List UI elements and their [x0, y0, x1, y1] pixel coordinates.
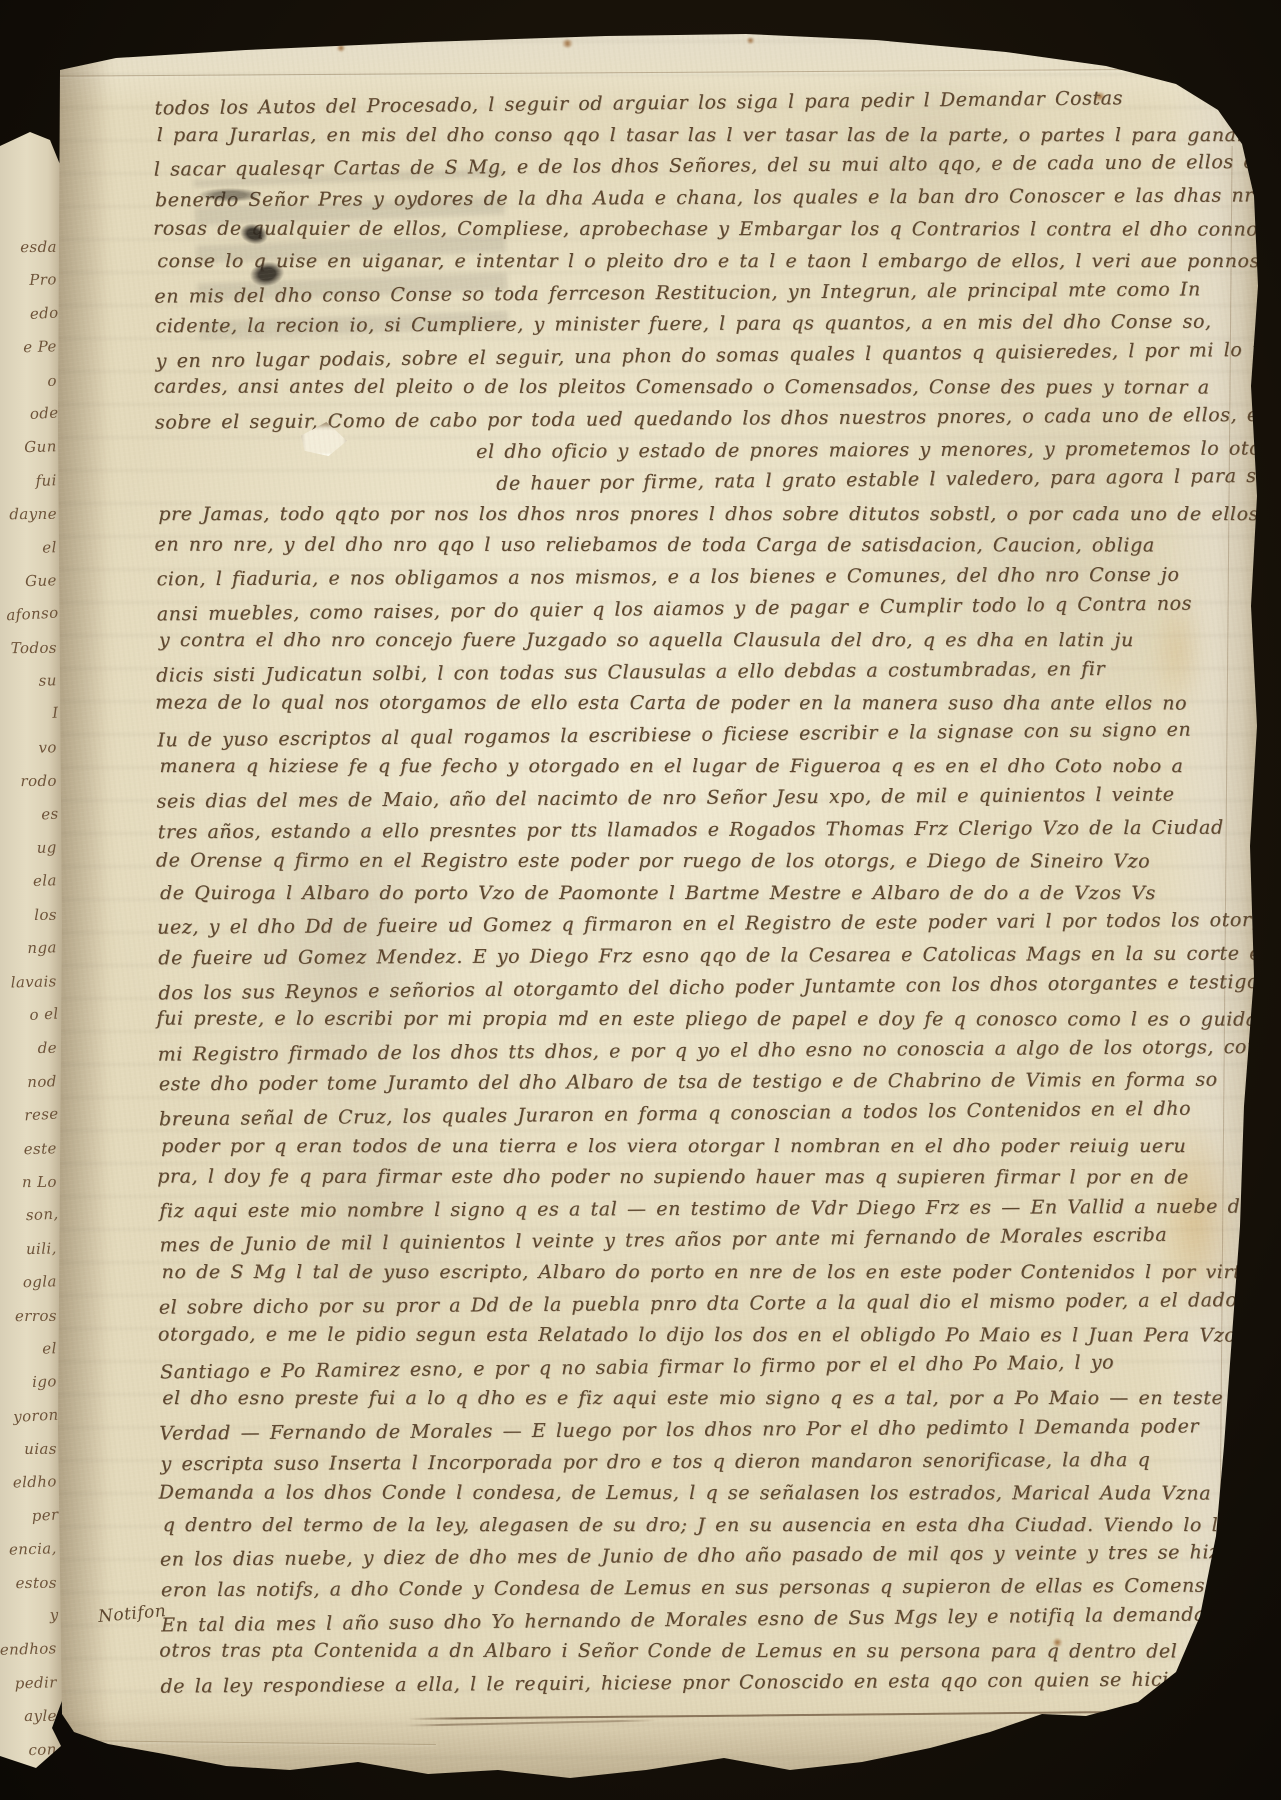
- previous-page-line-fragment: y: [1, 1605, 65, 1642]
- ink-smear: [198, 188, 262, 202]
- previous-page-line-fragment: con: [0, 1740, 62, 1775]
- previous-page-fragments: esdaProedoe PeoodeGunfuidayneelGueafonso…: [0, 238, 62, 1774]
- previous-page-line-fragment: Gue: [0, 571, 62, 606]
- previous-page-line-fragment: igo: [0, 1372, 62, 1407]
- previous-page-line-fragment: pedir: [0, 1673, 62, 1708]
- manuscript-line: de la ley respondiese a ella, l le requi…: [160, 1664, 1190, 1703]
- manuscript-line: l para Jurarlas, en mis del dho conso qq…: [157, 120, 1187, 152]
- previous-page-line-fragment: estos: [0, 1573, 62, 1607]
- manuscript-line: el dho esno preste fui a lo q dho es e f…: [162, 1383, 1192, 1415]
- previous-page-line-fragment: ayle: [0, 1707, 62, 1741]
- rust-speck: [746, 37, 755, 44]
- manuscript-line: en mis del dho conso Conse so toda ferrc…: [154, 274, 1184, 313]
- manuscript-line: rosas de qualquier de ellos, Compliese, …: [153, 214, 1183, 246]
- manuscript-lines: todos los Autos del Procesado, l seguir …: [154, 86, 1191, 1702]
- manuscript-line: poder por q eran todos de una tierra e l…: [161, 1131, 1191, 1163]
- manuscript-line: Demanda a los dhos Conde l condesa, de L…: [159, 1478, 1189, 1510]
- manuscript-line: benerdo Señor Pres y oydores de la dha A…: [155, 181, 1185, 217]
- previous-page-line-fragment: ode: [1, 403, 65, 440]
- previous-page-line-fragment: afonso: [1, 604, 65, 641]
- previous-page-line-fragment: rodo: [0, 772, 62, 806]
- previous-page-line-fragment: son,: [1, 1205, 65, 1242]
- manuscript-line: de Orense q firmo en el Registro este po…: [156, 846, 1186, 878]
- manuscript-line: fui preste, e lo escribi por mi propia m…: [157, 1004, 1187, 1036]
- previous-page-line-fragment: nga: [0, 938, 62, 973]
- manuscript-line: dicis sisti Judicatun solbi, l con todas…: [156, 653, 1186, 692]
- previous-page-line-fragment: lavais: [0, 972, 62, 1007]
- previous-page-line-fragment: dayne: [0, 505, 62, 539]
- manuscript-line: y escripta suso Inserta l Incorporada po…: [160, 1444, 1190, 1480]
- previous-page-line-fragment: ogla: [0, 1272, 62, 1307]
- previous-page-edge: esdaProedoe PeoodeGunfuidayneelGueafonso…: [0, 128, 63, 1770]
- previous-page-line-fragment: uias: [0, 1440, 62, 1474]
- manuscript-line: y contra el dho nro concejo fuere Juzgad…: [159, 625, 1189, 657]
- previous-page-line-fragment: esda: [0, 238, 62, 272]
- previous-page-line-fragment: per: [1, 1505, 65, 1542]
- rust-speck: [561, 39, 574, 48]
- previous-page-line-fragment: de: [0, 1039, 62, 1073]
- manuscript-line: el sobre dicho por su pror a Dd de la pu…: [159, 1285, 1189, 1324]
- manuscript-line: q dentro del termo de la ley, alegasen d…: [163, 1510, 1193, 1542]
- previous-page-line-fragment: es: [1, 804, 65, 841]
- manuscript-line: pre Jamas, todo qqto por nos los dhos nr…: [158, 499, 1188, 531]
- previous-page-line-fragment: e Pe: [0, 337, 62, 372]
- previous-page-line-fragment: el: [0, 1339, 62, 1374]
- previous-page-line-fragment: vo: [0, 738, 62, 773]
- previous-page-line-fragment: su: [0, 671, 62, 706]
- previous-page-line-fragment: este: [0, 1139, 62, 1174]
- previous-page-line-fragment: erros: [0, 1306, 62, 1340]
- previous-page-line-fragment: Todos: [0, 638, 62, 672]
- previous-page-line-fragment: Gun: [0, 437, 62, 472]
- previous-page-line-fragment: edo: [1, 303, 65, 340]
- manuscript-line: de Quiroga l Albaro do porto Vzo de Paom…: [160, 878, 1190, 910]
- previous-page-line-fragment: fui: [0, 471, 62, 506]
- manuscript-line: pra, l doy fe q para firmar este dho pod…: [157, 1162, 1187, 1194]
- previous-page-line-fragment: el: [0, 538, 62, 573]
- previous-page-line-fragment: o: [0, 371, 62, 405]
- manuscript-line: conse lo q uise en uiganar, e intentar l…: [157, 246, 1187, 278]
- previous-page-line-fragment: Pro: [0, 271, 62, 306]
- previous-page-line-fragment: encia,: [0, 1539, 62, 1574]
- manuscript-line: otros tras pta Contenida a dn Albaro i S…: [159, 1636, 1189, 1668]
- previous-page-line-fragment: o el: [1, 1004, 65, 1041]
- previous-page-line-fragment: yoron: [1, 1405, 65, 1442]
- manuscript-line: manera q hiziese fe q fue fecho y otorga…: [159, 751, 1189, 783]
- previous-page-line-fragment: rese: [1, 1104, 65, 1141]
- manuscript-line: todos los Autos del Procesado, l seguir …: [154, 83, 1184, 125]
- previous-page-line-fragment: uili,: [0, 1239, 62, 1274]
- manuscript-photo: esdaProedoe PeoodeGunfuidayneelGueafonso…: [0, 0, 1281, 1800]
- previous-page-line-fragment: nod: [0, 1072, 62, 1107]
- previous-page-line-fragment: n Lo: [0, 1173, 62, 1207]
- previous-page-line-fragment: eldho: [0, 1473, 62, 1508]
- previous-page-line-fragment: I: [1, 704, 65, 741]
- previous-page-line-fragment: endhos: [0, 1640, 62, 1675]
- manuscript-page: todos los Autos del Procesado, l seguir …: [46, 26, 1266, 1792]
- manuscript-line: en nro nre, y del dho nro qqo l uso reli…: [154, 530, 1184, 562]
- manuscript-line: tres años, estando a ello presntes por t…: [158, 812, 1188, 848]
- manuscript-line: cardes, ansi antes del pleito o de los p…: [154, 372, 1184, 404]
- previous-page-line-fragment: ela: [0, 872, 62, 907]
- previous-page-line-fragment: los: [0, 906, 62, 940]
- previous-page-line-fragment: ug: [0, 838, 62, 873]
- rust-speck: [336, 44, 346, 52]
- manuscript-line: no de S Mg l tal de yuso escripto, Albar…: [162, 1257, 1192, 1289]
